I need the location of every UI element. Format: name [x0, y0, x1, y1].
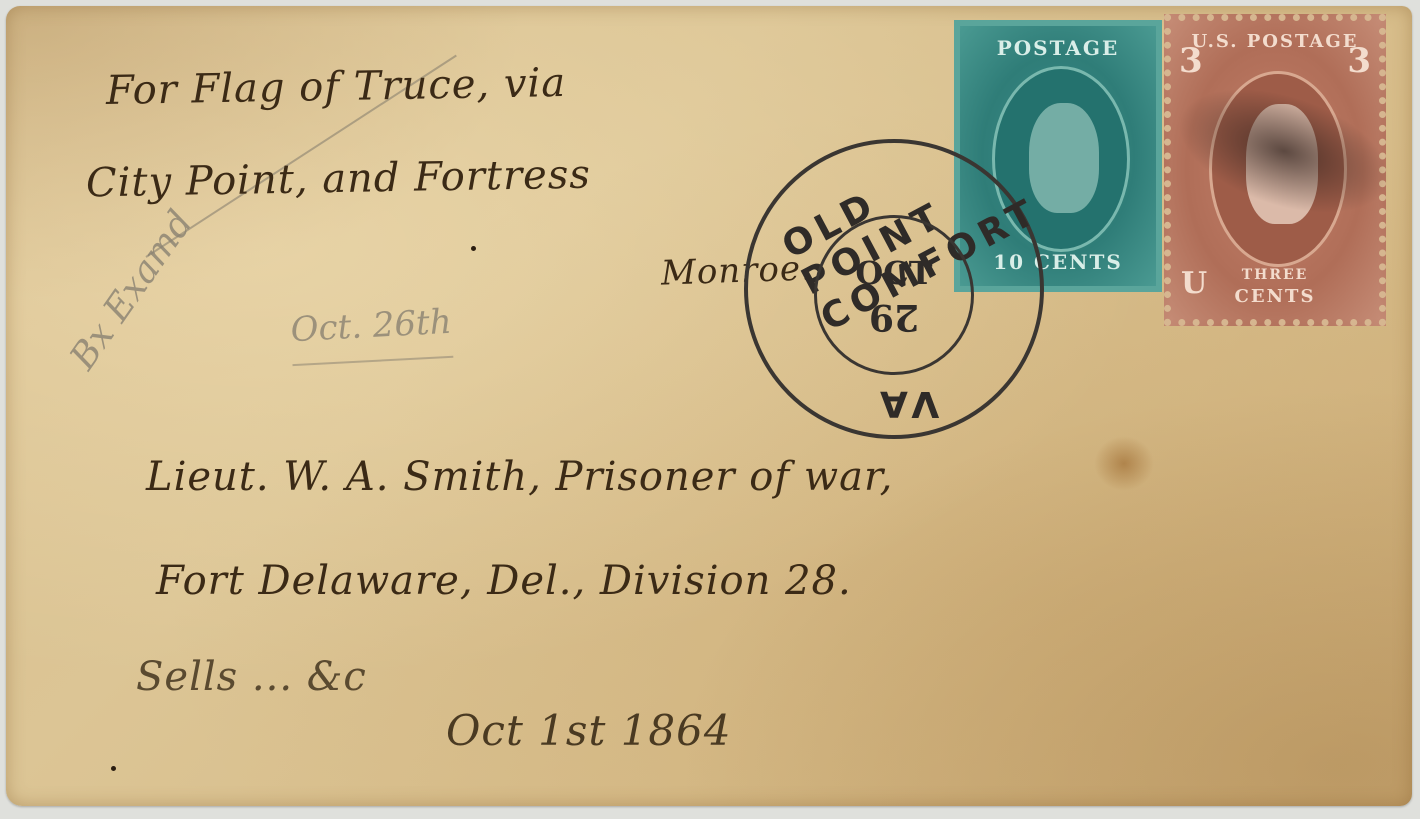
routing-line-1: For Flag of Truce, via: [106, 60, 567, 114]
pencil-examined-note: Bx Examd: [62, 203, 201, 377]
envelope: Bx Examd Oct. 26th For Flag of Truce, vi…: [6, 6, 1412, 806]
postmark-state: VA: [874, 383, 939, 424]
address-line-2: Fort Delaware, Del., Division 28.: [156, 558, 852, 604]
stamp-corner-letter: U: [1181, 266, 1207, 301]
docket-line-1: Sells ... &c: [136, 654, 367, 700]
ink-dot: [471, 246, 476, 251]
postmark: OLD POINT COMFORT OCT 29 VA: [744, 139, 1044, 439]
postmark-day: 29: [817, 296, 971, 338]
stain: [1094, 436, 1154, 491]
routing-line-2: City Point, and Fortress: [86, 152, 592, 207]
pencil-received-date: Oct. 26th: [290, 302, 454, 366]
address-line-1: Lieut. W. A. Smith, Prisoner of war,: [146, 454, 893, 500]
postmark-month: OCT: [817, 254, 971, 292]
ink-dot: [111, 766, 116, 771]
stamp-top-label: POSTAGE: [960, 36, 1156, 60]
postmark-inner-ring: OCT 29: [814, 215, 974, 375]
docket-line-2: Oct 1st 1864: [446, 706, 732, 755]
stamp-top-label: U.S. POSTAGE: [1171, 31, 1379, 52]
